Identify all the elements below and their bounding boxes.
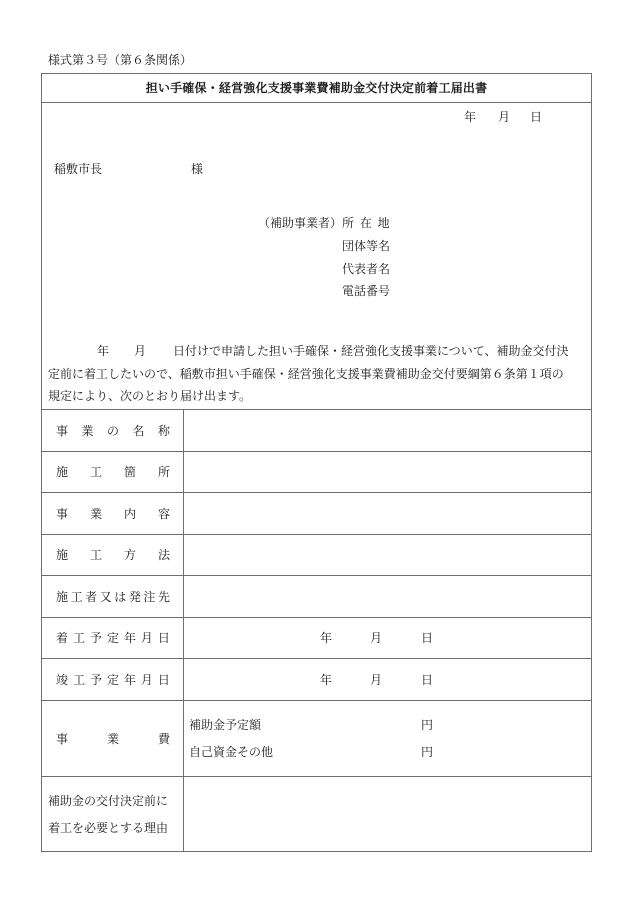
label-char: 着 bbox=[56, 629, 68, 646]
label-char: 工 bbox=[73, 629, 85, 646]
applicant-organization-field[interactable]: 団体等名 bbox=[342, 240, 390, 252]
label-char: 法 bbox=[158, 546, 170, 563]
contractor-input[interactable] bbox=[184, 576, 591, 617]
contractor-label: 施 工 者 又 は 発 注 先 bbox=[56, 575, 170, 617]
label-char: 施 bbox=[56, 588, 68, 605]
label-char: 工 bbox=[73, 671, 85, 688]
label-char: 容 bbox=[158, 505, 170, 522]
label-char: 業 bbox=[90, 505, 102, 522]
completion-date-year: 年 bbox=[320, 674, 332, 686]
own-funds-label: 自己資金その他 bbox=[189, 746, 273, 758]
form-number: 様式第３号（第６条関係） bbox=[48, 54, 192, 66]
own-funds-unit: 円 bbox=[421, 746, 433, 758]
label-char: 年 bbox=[124, 629, 136, 646]
label-char: 事 bbox=[56, 505, 68, 522]
label-char: 者 bbox=[85, 588, 97, 605]
application-year-label: 年 bbox=[97, 345, 109, 357]
label-char: 工 bbox=[90, 463, 102, 480]
application-month-label: 月 bbox=[134, 345, 146, 357]
label-char: 先 bbox=[158, 588, 170, 605]
start-date-day: 日 bbox=[421, 632, 433, 644]
project-content-label: 事 業 内 容 bbox=[56, 492, 170, 534]
title-divider bbox=[41, 102, 592, 103]
completion-date-day: 日 bbox=[421, 674, 433, 686]
label-char: 業 bbox=[107, 730, 119, 747]
construction-site-label: 施 工 箇 所 bbox=[56, 451, 170, 492]
declaration-line-1: 日付けで申請した担い手確保・経営強化支援事業について、補助金交付決 bbox=[173, 345, 569, 357]
addressee-honorific: 様 bbox=[191, 163, 203, 175]
label-char: 月 bbox=[141, 671, 153, 688]
declaration-line-2: 定前に着工したいので、稲敷市担い手確保・経営強化支援事業費補助金交付要綱第６条第… bbox=[48, 368, 564, 380]
subsidy-amount-label: 補助金予定額 bbox=[189, 719, 261, 731]
project-content-input[interactable] bbox=[184, 493, 591, 534]
date-year-label: 年 bbox=[464, 111, 476, 123]
label-char: 方 bbox=[124, 546, 136, 563]
project-name-input[interactable] bbox=[184, 410, 591, 451]
project-name-label: 事 業 の 名 称 bbox=[56, 409, 170, 451]
applicant-representative-field[interactable]: 代表者名 bbox=[342, 263, 390, 275]
subsidy-amount-unit: 円 bbox=[421, 719, 433, 731]
addressee-name: 稲敷市長 bbox=[54, 163, 102, 175]
label-char: 箇 bbox=[124, 463, 136, 480]
applicant-role-label: （補助事業者） bbox=[258, 217, 342, 229]
construction-method-input[interactable] bbox=[184, 535, 591, 575]
start-date-label: 着 工 予 定 年 月 日 bbox=[56, 617, 170, 658]
label-char: 名 bbox=[132, 422, 144, 439]
completion-date-label: 竣 工 予 定 年 月 日 bbox=[56, 658, 170, 700]
start-date-month: 月 bbox=[370, 632, 382, 644]
label-char: 注 bbox=[143, 588, 155, 605]
label-char: 年 bbox=[124, 671, 136, 688]
label-char: 工 bbox=[90, 546, 102, 563]
reason-label-line-1: 補助金の交付決定前に bbox=[48, 788, 168, 815]
label-char: は bbox=[114, 588, 126, 605]
label-char: 日 bbox=[158, 629, 170, 646]
label-char: 予 bbox=[90, 671, 102, 688]
applicant-address-field[interactable]: 所 在 地 bbox=[342, 217, 391, 229]
label-char: 費 bbox=[158, 730, 170, 747]
label-char: の bbox=[107, 422, 119, 439]
label-char: 事 bbox=[56, 422, 68, 439]
label-char: 竣 bbox=[56, 671, 68, 688]
label-char: 称 bbox=[158, 422, 170, 439]
label-char: 工 bbox=[71, 588, 83, 605]
document-title: 担い手確保・経営強化支援事業費補助金交付決定前着工届出書 bbox=[41, 73, 592, 102]
construction-method-label: 施 工 方 法 bbox=[56, 534, 170, 575]
completion-date-month: 月 bbox=[370, 674, 382, 686]
label-char: 事 bbox=[56, 730, 68, 747]
label-char: 所 bbox=[158, 463, 170, 480]
reason-label-line-2: 着工を必要とする理由 bbox=[48, 815, 168, 842]
label-char: 内 bbox=[124, 505, 136, 522]
label-char: 施 bbox=[56, 463, 68, 480]
label-char: 予 bbox=[90, 629, 102, 646]
date-day-label: 日 bbox=[530, 111, 542, 123]
declaration-line-3: 規定により、次のとおり届け出ます。 bbox=[48, 390, 251, 402]
start-date-year: 年 bbox=[320, 632, 332, 644]
project-cost-label: 事 業 費 bbox=[56, 700, 170, 776]
label-char: 又 bbox=[100, 588, 112, 605]
label-char: 定 bbox=[107, 629, 119, 646]
label-char: 業 bbox=[81, 422, 93, 439]
label-char: 月 bbox=[141, 629, 153, 646]
reason-label: 補助金の交付決定前に 着工を必要とする理由 bbox=[48, 788, 168, 842]
date-month-label: 月 bbox=[498, 111, 510, 123]
label-char: 発 bbox=[129, 588, 141, 605]
label-char: 定 bbox=[107, 671, 119, 688]
label-char: 日 bbox=[158, 671, 170, 688]
reason-input[interactable] bbox=[184, 777, 591, 851]
construction-site-input[interactable] bbox=[184, 452, 591, 492]
label-char: 施 bbox=[56, 546, 68, 563]
applicant-phone-field[interactable]: 電話番号 bbox=[342, 285, 390, 297]
